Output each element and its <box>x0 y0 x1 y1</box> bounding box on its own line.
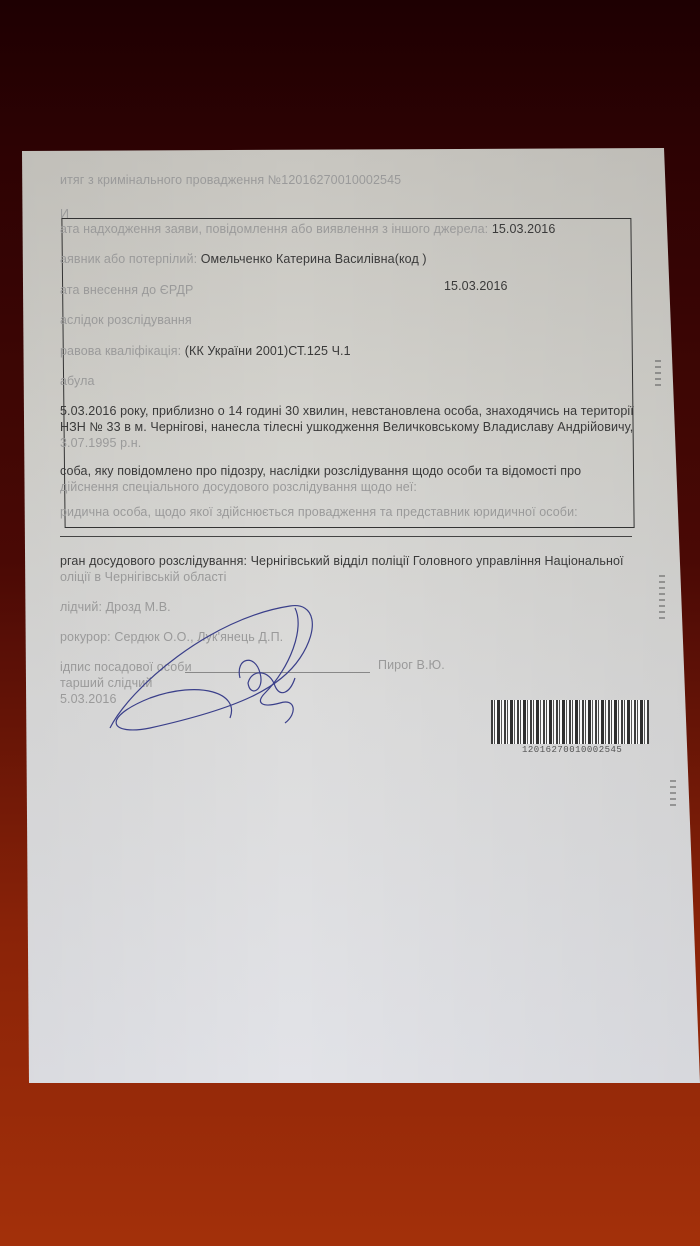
field-label: равова кваліфікація: <box>60 344 181 358</box>
scanner-marks <box>670 780 676 810</box>
signatory: Пирог В.Ю. <box>378 658 445 672</box>
field-value: Омельченко Катерина Василівна(код ) <box>201 252 427 266</box>
title-text: итяг з кримінального провадження №120162… <box>60 173 401 187</box>
legal-entity-line: ридична особа, щодо якої здійснюється пр… <box>60 505 578 519</box>
field-label: аявник або потерпілий: <box>60 252 197 266</box>
authority-line-1: рган досудового розслідування: Чернігівс… <box>60 554 624 568</box>
field-received-date: ата надходження заяви, повідомлення або … <box>60 222 555 236</box>
field-erdr-date: 15.03.2016 <box>444 279 508 293</box>
field-erdr-label: ата внесення до ЄРДР <box>60 283 193 297</box>
handwritten-signature <box>90 598 330 738</box>
field-label: ата надходження заяви, повідомлення або … <box>60 222 488 236</box>
suspect-line-2: дійснення спеціального досудового розслі… <box>60 480 417 494</box>
field-legal-qualification: равова кваліфікація: (КК України 2001)СТ… <box>60 344 351 358</box>
scanner-marks <box>655 360 661 390</box>
fabula-line-2: НЗН № 33 в м. Чернігові, нанесла тілесні… <box>60 420 633 434</box>
barcode <box>491 700 649 744</box>
barcode-number: 12016270010002545 <box>522 745 622 755</box>
field-value: (КК України 2001)СТ.125 Ч.1 <box>185 344 351 358</box>
separator-line <box>60 536 632 537</box>
field-investigation-result: аслідок розслідування <box>60 313 192 327</box>
fabula-line-1: 5.03.2016 року, приблизно о 14 годині 30… <box>60 404 634 418</box>
authority-line-2: оліції в Чернігівській області <box>60 570 227 584</box>
suspect-line-1: соба, яку повідомлено про підозру, наслі… <box>60 464 581 478</box>
field-value: 15.03.2016 <box>492 222 556 236</box>
fabula-line-3: 3.07.1995 р.н. <box>60 436 141 450</box>
document-title: итяг з кримінального провадження №120162… <box>60 173 401 187</box>
field-applicant: аявник або потерпілий: Омельченко Катери… <box>60 252 427 266</box>
field-fabula-label: абула <box>60 374 95 388</box>
scanner-marks <box>659 575 665 620</box>
